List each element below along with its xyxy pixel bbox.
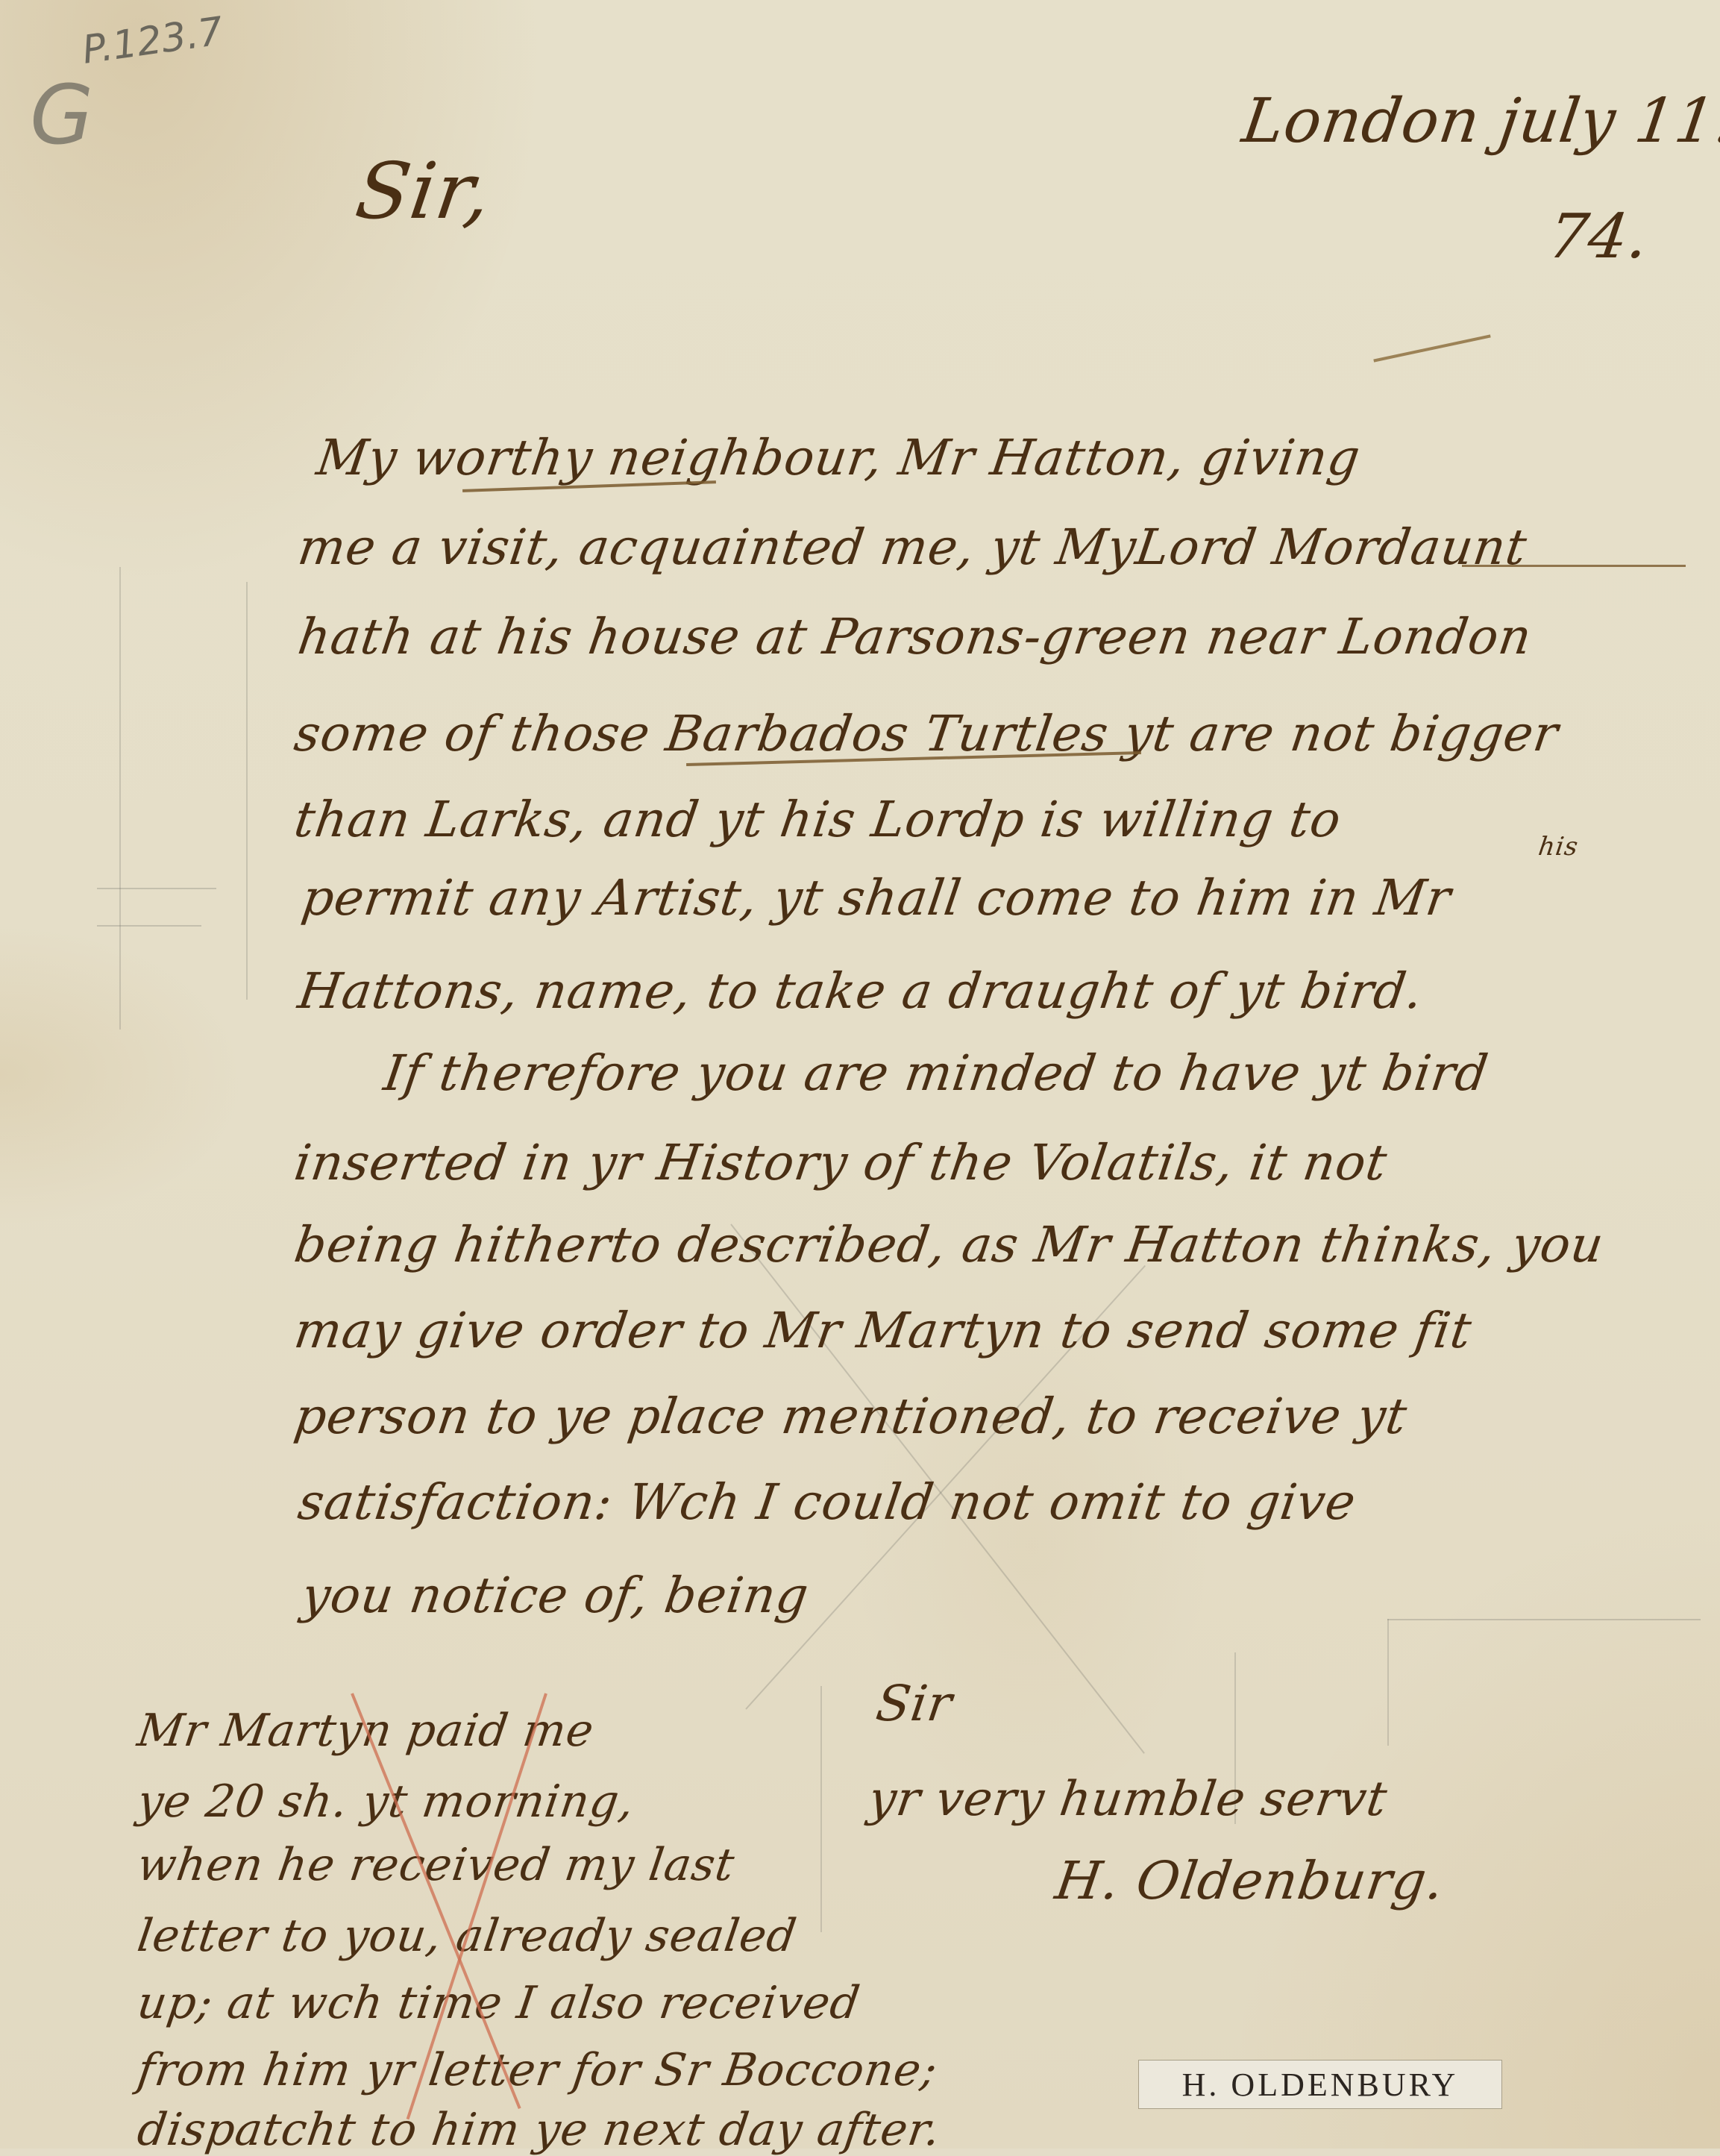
show-through-mark <box>119 567 121 1030</box>
show-through-mark <box>97 888 216 889</box>
body-line: you notice of, being <box>298 1567 812 1624</box>
show-through-mark <box>1387 1619 1701 1620</box>
body-line: some of those Barbados Turtles yt are no… <box>291 705 1562 762</box>
body-line: than Larks, and yt his Lordp is willing … <box>291 791 1345 848</box>
flourish-stroke <box>1373 334 1490 362</box>
postscript-line: ye 20 sh. yt morning, <box>134 1776 638 1828</box>
underline-stroke <box>1462 565 1686 567</box>
body-line: person to ye place mentioned, to receive… <box>291 1388 1410 1445</box>
postscript-line: when he received my last <box>134 1839 738 1891</box>
show-through-mark <box>97 925 201 927</box>
printed-name-label: H. OLDENBURY <box>1138 2060 1502 2109</box>
body-line: being hitherto described, as Mr Hatton t… <box>291 1216 1607 1273</box>
body-line: My worthy neighbour, Mr Hatton, giving <box>313 429 1364 486</box>
interlinear-insertion: his <box>1537 832 1581 862</box>
postscript-line: dispatcht to him ye next day after. <box>134 2104 944 2149</box>
body-line: permit any Artist, yt shall come to him … <box>298 869 1454 927</box>
show-through-mark <box>1387 1619 1389 1746</box>
place-date: London july 11. <box>1238 86 1720 157</box>
postscript-line: up; at wch time I also received <box>134 1977 864 2029</box>
archive-mark: G <box>30 67 93 163</box>
body-line: me a visit, acquainted me, yt MyLord Mor… <box>295 518 1531 576</box>
printed-name-text: H. OLDENBURY <box>1182 2066 1459 2104</box>
body-line: satisfaction: Wch I could not omit to gi… <box>295 1473 1360 1531</box>
manuscript-page: G P.123.7 Sir, London july 11. 74. My wo… <box>0 0 1720 2149</box>
show-through-mark <box>246 582 248 1000</box>
signature: H. Oldenburg. <box>1052 1850 1448 1911</box>
year: 74. <box>1544 201 1654 272</box>
body-line: If therefore you are minded to have yt b… <box>380 1044 1492 1102</box>
valediction: yr very humble servt <box>865 1772 1391 1827</box>
body-line: inserted in yr History of the Volatils, … <box>291 1134 1391 1191</box>
greeting: Sir, <box>351 145 498 236</box>
closing-salutation: Sir <box>873 1675 956 1732</box>
body-line: hath at his house at Parsons-green near … <box>295 608 1536 665</box>
body-line: Hattons, name, to take a draught of yt b… <box>295 962 1427 1020</box>
show-through-mark <box>820 1686 822 1932</box>
postscript-line: from him yr letter for Sr Boccone; <box>134 2044 941 2096</box>
archive-reference: P.123.7 <box>80 9 226 73</box>
body-line: may give order to Mr Martyn to send some… <box>291 1302 1475 1359</box>
